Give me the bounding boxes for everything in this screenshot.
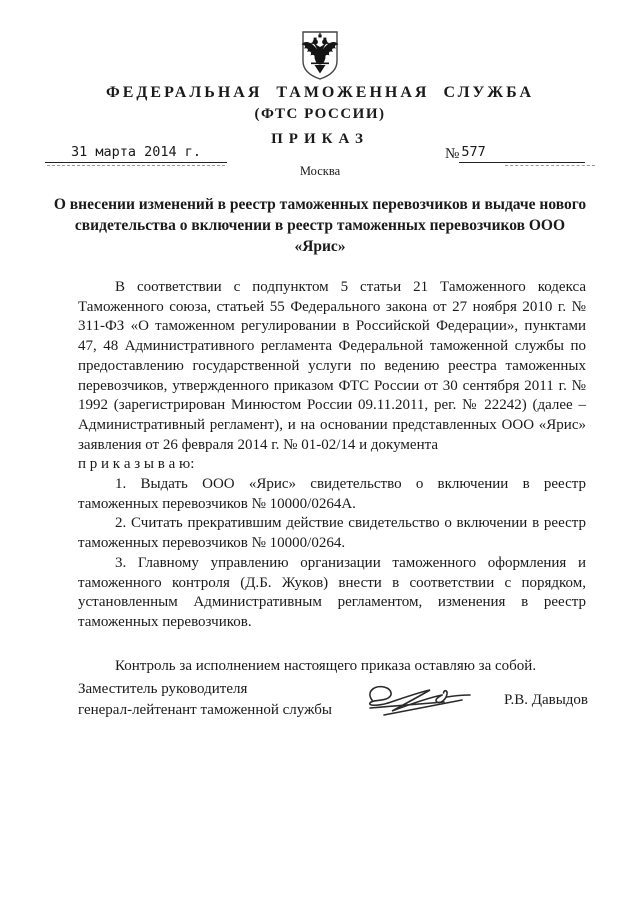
document-title: О внесении изменений в реестр таможенных… — [48, 194, 592, 257]
preamble-paragraph: В соответствии с подпунктом 5 статьи 21 … — [78, 278, 586, 455]
order-item-3: 3. Главному управлению организации тамож… — [78, 554, 586, 633]
number-sign: № — [445, 146, 459, 162]
signature-icon — [358, 672, 476, 728]
order-date-text: 31 марта 2014 г. — [71, 144, 201, 160]
signer-position-line1: Заместитель руководителя — [78, 679, 350, 700]
order-date: 31 марта 2014 г. — [45, 144, 227, 163]
date-number-row: 31 марта 2014 г. №577 — [45, 144, 595, 166]
order-number-value: 577 — [459, 144, 585, 163]
signer-name: Р.В. Давыдов — [504, 692, 588, 709]
decree-word: п р и к а з ы в а ю: — [78, 455, 586, 475]
org-short-name: (ФТС РОССИИ) — [0, 106, 640, 123]
signer-position-line2: генерал-лейтенант таможенной службы — [78, 700, 350, 721]
city-label: Москва — [0, 164, 640, 179]
russia-coat-of-arms-icon — [297, 29, 343, 87]
signature-block: Заместитель руководителя генерал-лейтена… — [78, 672, 588, 728]
org-name: ФЕДЕРАЛЬНАЯ ТАМОЖЕННАЯ СЛУЖБА — [0, 84, 640, 102]
order-item-2: 2. Считать прекратившим действие свидете… — [78, 514, 586, 553]
order-number: №577 — [445, 144, 595, 165]
order-item-1: 1. Выдать ООО «Ярис» свидетельство о вкл… — [78, 475, 586, 514]
document-page: ФЕДЕРАЛЬНАЯ ТАМОЖЕННАЯ СЛУЖБА (ФТС РОССИ… — [0, 0, 640, 905]
document-body: В соответствии с подпунктом 5 статьи 21 … — [78, 278, 586, 676]
signer-position: Заместитель руководителя генерал-лейтена… — [78, 679, 350, 721]
